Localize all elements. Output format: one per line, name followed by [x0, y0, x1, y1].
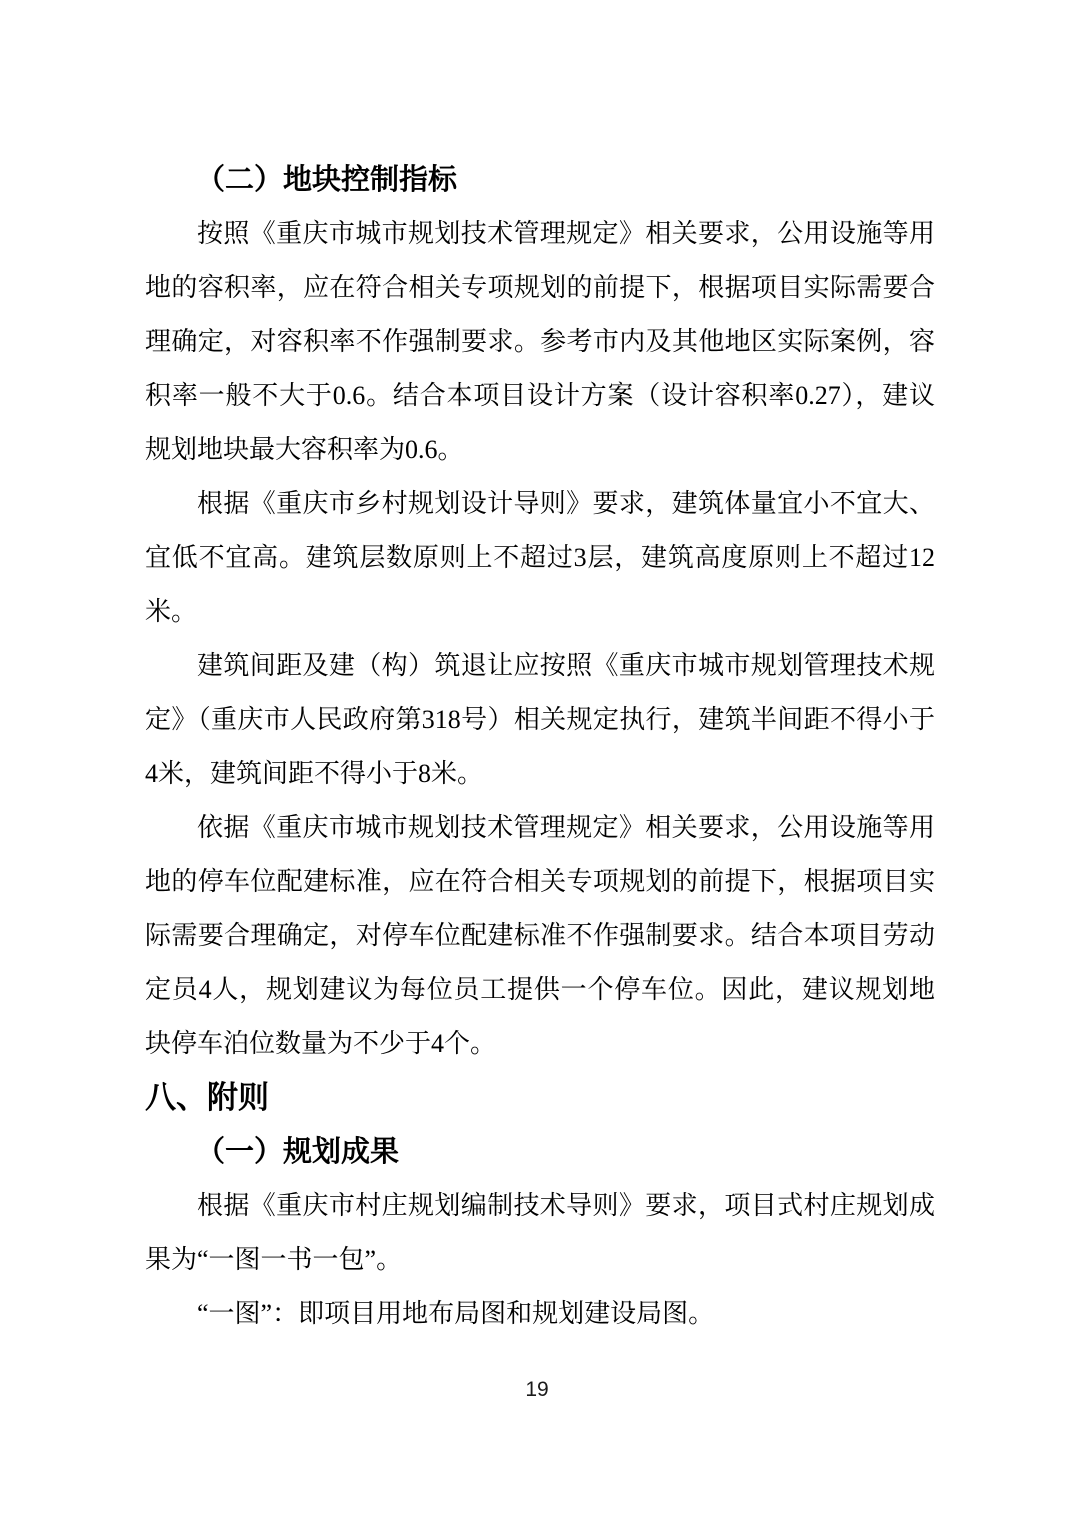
document-body: （二）地块控制指标 按照《重庆市城市规划技术管理规定》相关要求，公用设施等用地的… — [145, 153, 935, 1341]
paragraph-planning-results-package: 根据《重庆市村庄规划编制技术导则》要求，项目式村庄规划成果为“一图一书一包”。 — [145, 1179, 935, 1287]
paragraph-plot-ratio-requirements: 按照《重庆市城市规划技术管理规定》相关要求，公用设施等用地的容积率，应在符合相关… — [145, 207, 935, 477]
document-page: （二）地块控制指标 按照《重庆市城市规划技术管理规定》相关要求，公用设施等用地的… — [0, 0, 1074, 1520]
heading-supplementary-provisions: 八、附则 — [145, 1071, 935, 1125]
heading-plot-control-indicators: （二）地块控制指标 — [145, 153, 935, 207]
paragraph-parking-space-standards: 依据《重庆市城市规划技术管理规定》相关要求，公用设施等用地的停车位配建标准，应在… — [145, 801, 935, 1071]
page-number: 19 — [0, 1378, 1074, 1402]
heading-planning-results: （一）规划成果 — [145, 1125, 935, 1179]
paragraph-building-volume-height: 根据《重庆市乡村规划设计导则》要求，建筑体量宜小不宜大、宜低不宜高。建筑层数原则… — [145, 477, 935, 639]
paragraph-building-spacing-setback: 建筑间距及建（构）筑退让应按照《重庆市城市规划管理技术规定》（重庆市人民政府第3… — [145, 639, 935, 801]
paragraph-one-map-definition: “一图”：即项目用地布局图和规划建设局图。 — [145, 1287, 935, 1341]
